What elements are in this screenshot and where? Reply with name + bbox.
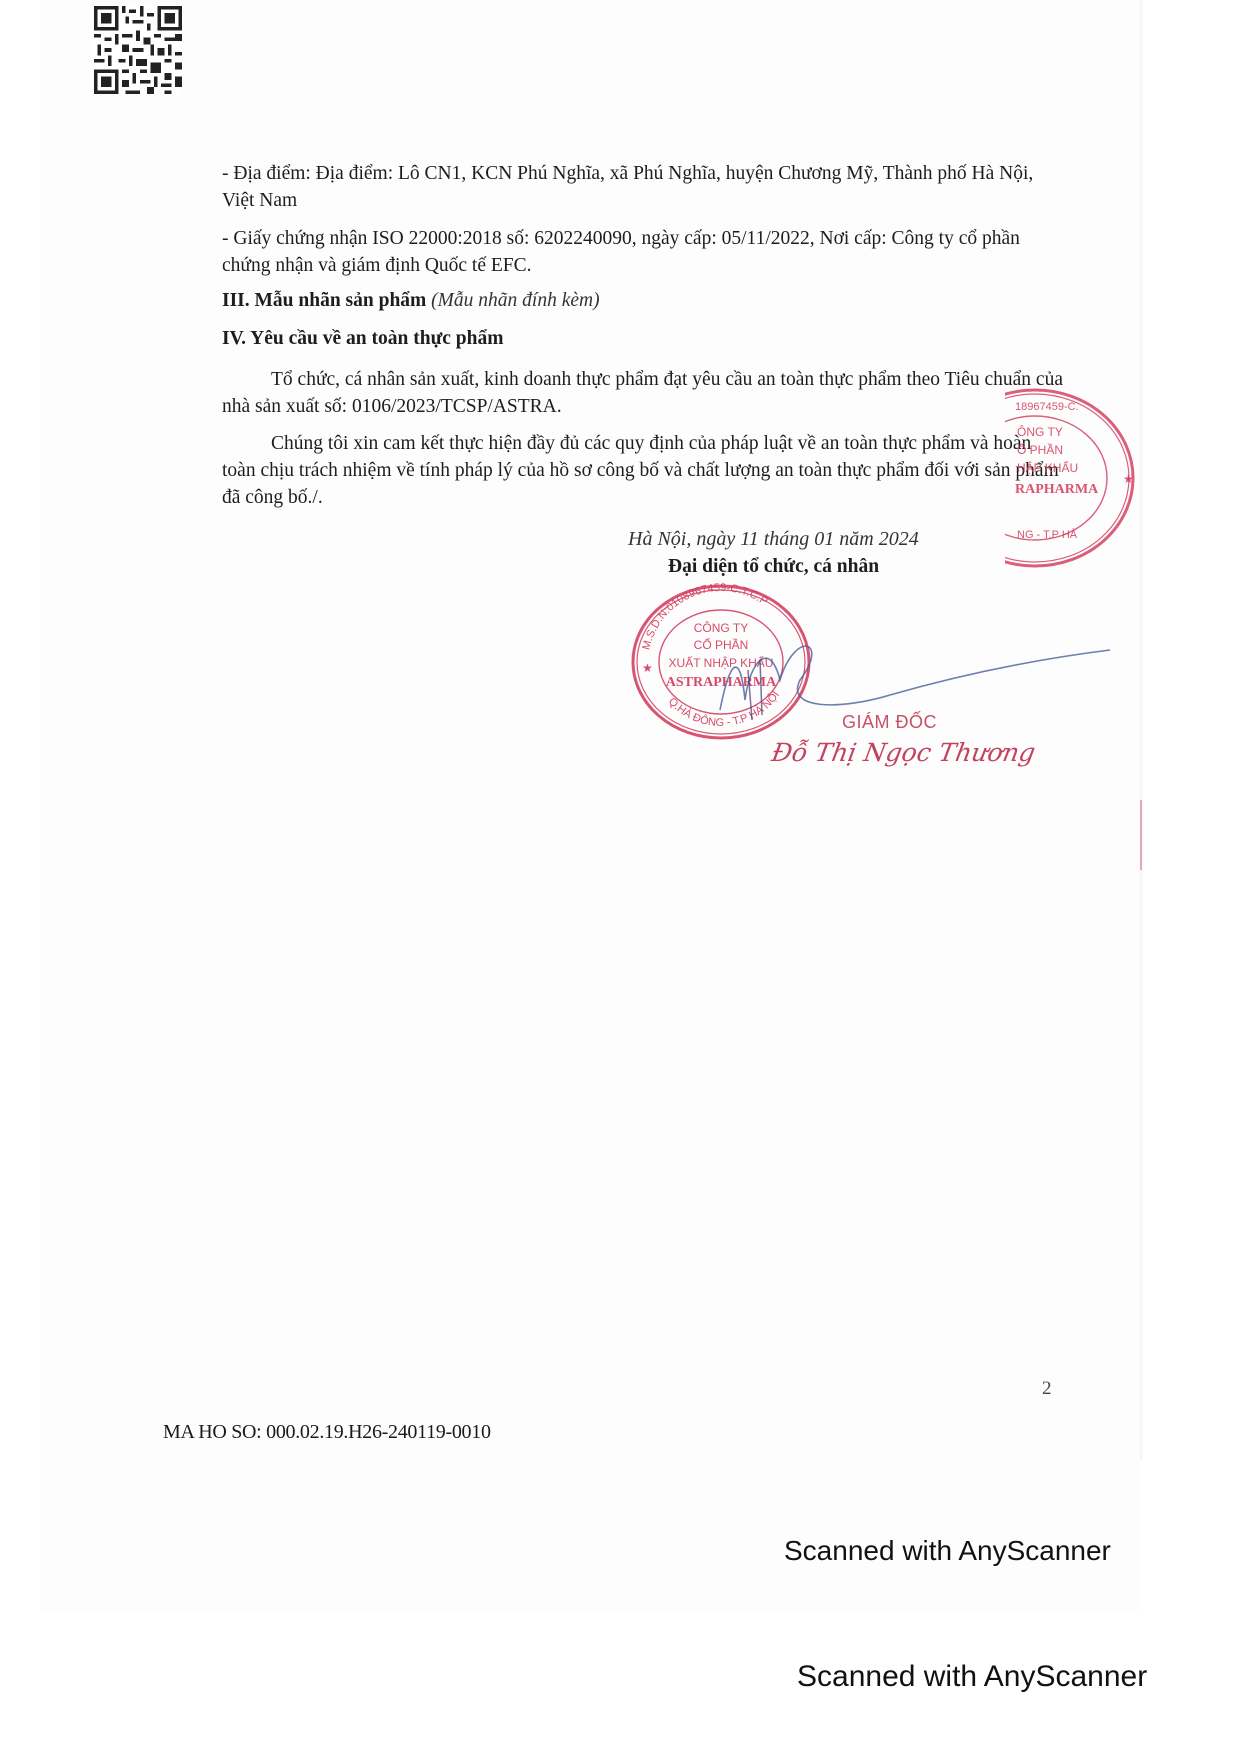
scanner-watermark-inner: Scanned with AnyScanner bbox=[784, 1535, 1111, 1567]
section-4-heading: IV. Yêu cầu về an toàn thực phẩm bbox=[222, 328, 503, 350]
svg-text:★: ★ bbox=[642, 661, 653, 675]
stamp-bleed-mark bbox=[1140, 800, 1142, 870]
svg-text:HẬP KHẨU: HẬP KHẨU bbox=[1017, 460, 1078, 475]
section-3-note: (Mẫu nhãn đính kèm) bbox=[431, 290, 599, 311]
section-3-title: III. Mẫu nhãn sản phẩm bbox=[222, 290, 426, 311]
page-edge-shadow bbox=[1140, 0, 1144, 1460]
svg-text:18967459-C.: 18967459-C. bbox=[1015, 401, 1079, 413]
page-number: 2 bbox=[1042, 1378, 1052, 1400]
food-safety-standard-paragraph: Tổ chức, cá nhân sản xuất, kinh doanh th… bbox=[222, 366, 1067, 420]
signer-title: GIÁM ĐỐC bbox=[842, 712, 937, 733]
scanner-watermark-outer: Scanned with AnyScanner bbox=[797, 1660, 1147, 1694]
svg-text:NG - T.P HÀ: NG - T.P HÀ bbox=[1017, 528, 1078, 541]
commitment-paragraph: Chúng tôi xin cam kết thực hiện đầy đủ c… bbox=[222, 430, 1067, 511]
svg-text:ÔNG TY: ÔNG TY bbox=[1017, 424, 1063, 439]
svg-text:Ổ PHẦN: Ổ PHẦN bbox=[1017, 442, 1063, 457]
date-line: Hà Nội, ngày 11 tháng 01 năm 2024 bbox=[628, 528, 919, 551]
representative-label: Đại diện tổ chức, cá nhân bbox=[668, 556, 879, 578]
svg-text:★: ★ bbox=[1123, 472, 1134, 486]
section-3-heading: III. Mẫu nhãn sản phẩm (Mẫu nhãn đính kè… bbox=[222, 290, 600, 312]
signer-name: Đỗ Thị Ngọc Thương bbox=[769, 738, 1037, 767]
location-paragraph: - Địa điểm: Địa điểm: Lô CN1, KCN Phú Ng… bbox=[222, 160, 1067, 214]
iso-certificate-paragraph: - Giấy chứng nhận ISO 22000:2018 số: 620… bbox=[222, 225, 1067, 279]
document-code: MA HO SO: 000.02.19.H26-240119-0010 bbox=[163, 1421, 491, 1444]
qr-code-icon bbox=[92, 6, 184, 94]
svg-text:RAPHARMA: RAPHARMA bbox=[1015, 482, 1099, 497]
page-edge-seal-icon: 18967459-C. ÔNG TY Ổ PHẦN HẬP KHẨU RAPHA… bbox=[1005, 378, 1145, 578]
